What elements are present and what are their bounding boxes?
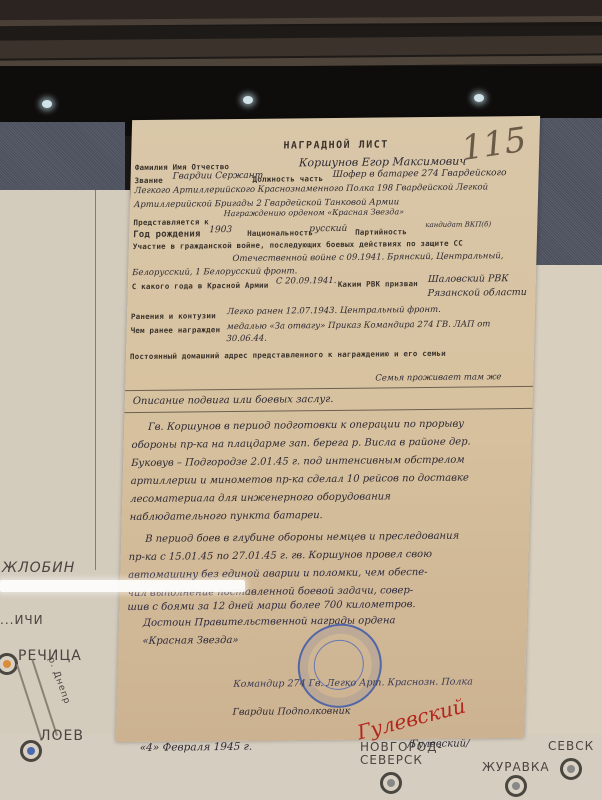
fabric-backdrop [535,118,602,266]
field-value-conscription: Шаловский РВК Рязанской области [427,272,528,301]
city-marker-sevsk-icon [560,758,582,780]
map-label-loev: ЛОЕВ [40,728,84,744]
narrative-line: наблюдательного пункта батареи. [130,510,323,523]
signature-title-line2: Гвардии Подполковник [232,706,350,718]
field-value-award: Награждению орденом «Красная Звезда» [224,207,405,218]
map-label-sevsk: СЕВСК [548,739,594,753]
narrative-line: пр-ка с 15.01.45 по 27.01.45 г. гв. Корш… [129,549,433,563]
divider-line [125,386,533,391]
signature-title-line1: Командир 274 Гв. Легко Арт. Краснозн. По… [233,676,473,690]
narrative-line: артиллерии и минометов пр-ка сделал 10 р… [131,473,469,488]
map-fold-line [95,190,96,570]
city-marker-zhuravka-icon [505,775,527,797]
field-label-birth-year: Год рождения [133,229,201,240]
narrative-line: обороны пр-ка на плацдарме зап. берега р… [131,437,470,452]
field-label-party: Партийность [355,227,407,237]
field-label-nationality: Национальность [247,228,313,238]
map-label-partial: ...ИЧИ [0,613,44,627]
field-value-army-since: С 20.09.1941. [276,276,337,287]
narrative-line: Гв. Коршунов в период подготовки к опера… [148,419,464,433]
narrative-line: Буковув – Подгородзе 2.01.45 г. под инте… [131,455,465,469]
field-label-prior-awards: Чем ранее награжден [131,325,221,335]
field-label-position: Должность часть [252,174,323,184]
city-marker-loev-icon [20,740,42,762]
led-light-icon [243,96,253,104]
section-title-feat: Описание подвига или боевых заслуг. [133,394,334,407]
field-label-nominated: Представляется к [133,217,209,227]
field-label-army-since: С какого года в Красной Армии [132,281,269,291]
field-label-war-participation: Участие в гражданской войне, последующих… [133,239,463,251]
narrative-line: «Красная Звезда» [142,635,238,647]
field-value-birth-year: 1903 [209,225,232,235]
field-value-rank: Гвардии Сержант [173,171,264,182]
pencil-number-mark: 115 [459,120,528,169]
commander-signature: Гулевский [355,694,468,745]
field-value-name: Коршунов Егор Максимович [299,155,467,170]
narrative-line: лесоматериала для инженерного оборудован… [130,491,391,505]
led-light-icon [474,94,484,102]
field-value-wounds: Легко ранен 12.07.1943. Центральный фрон… [227,305,441,317]
award-sheet: НАГРАДНОЙ ЛИСТ 115 Фамилия Имя Отчество … [116,116,540,742]
narrative-line: автомашину без единой аварии и поломки, … [128,567,428,581]
document-title: НАГРАДНОЙ ЛИСТ [283,139,389,151]
field-value-nationality: русский [309,224,347,234]
map-sheet [0,190,130,800]
narrative-line: В период боев в глубине обороны немцев и… [145,531,459,545]
divider-line [124,408,532,413]
field-value-position: Шофер в батарее 274 Гвардейского [333,168,507,180]
led-light-icon [42,100,52,108]
map-label-zhlobin: ЖЛОБИН [2,560,75,576]
narrative-line: шив с боями за 12 дней марш более 700 ки… [127,599,416,613]
field-label-conscription: Каким РВК призван [338,279,418,289]
field-label-rank: Звание [134,176,163,185]
official-seal-stamp-icon [297,623,383,708]
field-label-wounds: Ранения и контузии [131,311,216,321]
map-label-zhuravka: ЖУРАВКА [482,760,550,774]
field-value-prior-awards: медалью «За отвагу» Приказ Командира 274… [226,318,527,345]
field-value-party: кандидат ВКП(б) [425,220,491,229]
glass-glare-reflection [0,580,245,592]
field-value-home-address: Семья проживает там же [375,372,501,383]
document-date: «4» Февраля 1945 г. [140,741,253,754]
city-marker-novgorod-seversk-icon [380,772,402,794]
commander-name-typed: /Гулевский/ [408,738,470,750]
field-value-unit-line1: Легкого Артиллерийского Краснознаменного… [134,182,488,196]
fabric-backdrop [0,122,125,192]
field-label-home-address: Постоянный домашний адрес представленног… [130,349,446,361]
